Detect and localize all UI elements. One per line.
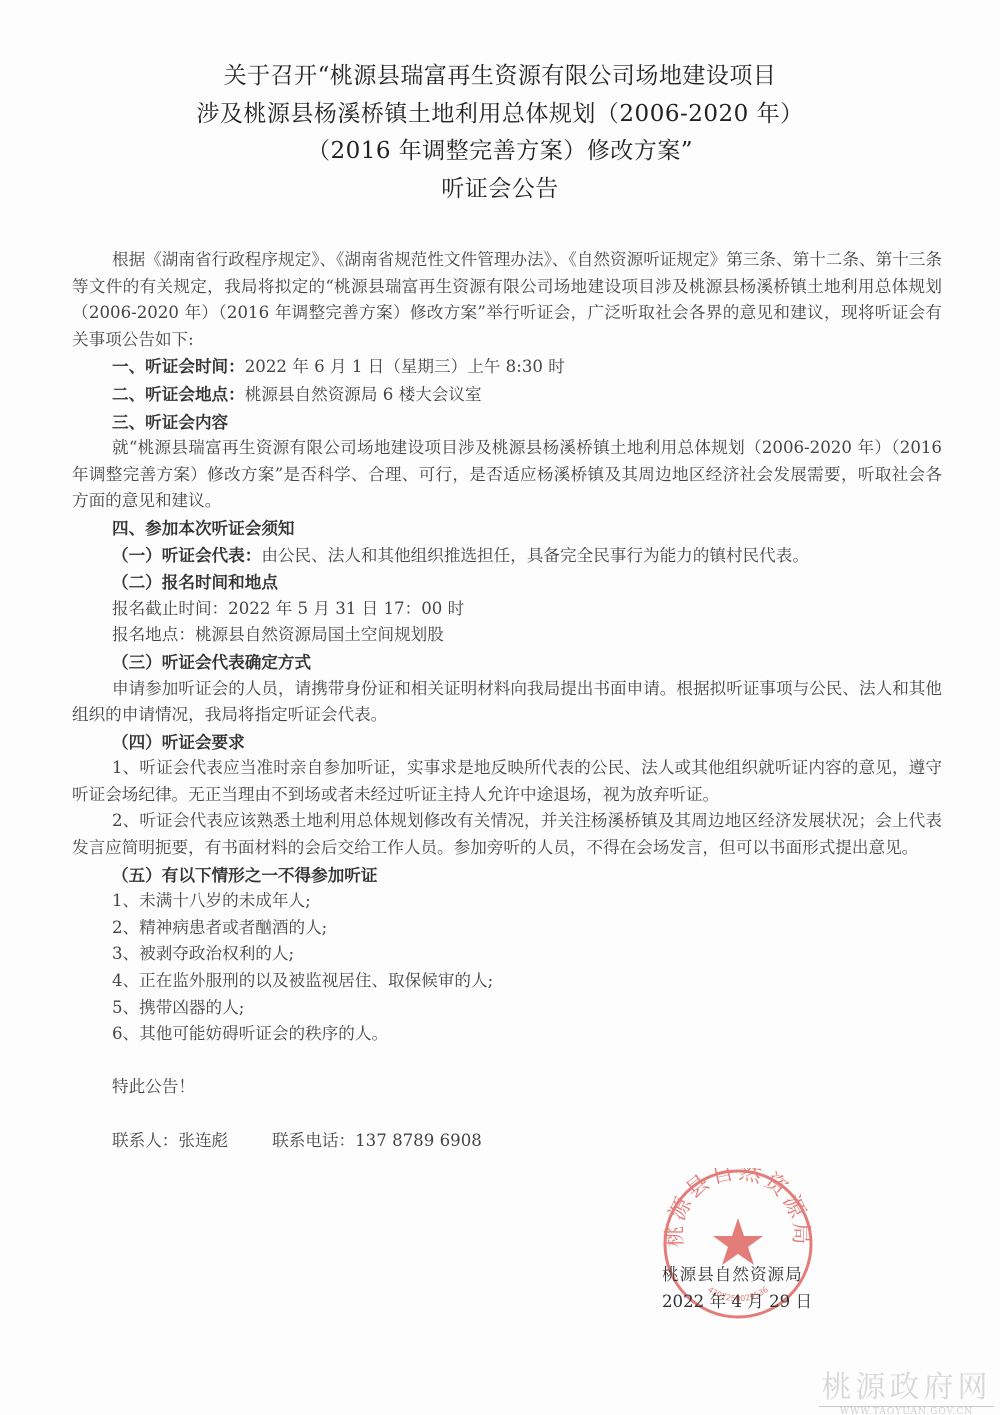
sub-representative: （一）听证会代表：由公民、法人和其他组织推选担任，具备完全民事行为能力的镇村民代… [72, 542, 942, 570]
section-notice-heading: 四、参加本次听证会须知 [72, 515, 942, 542]
contact-info: 联系人：张连彪 联系电话：137 8789 6908 [72, 1128, 942, 1155]
title-line-1: 关于召开“桃源县瑞富再生资源有限公司场地建设项目 [0, 58, 1000, 96]
intro-paragraph: 根据《湖南省行政程序规定》、《湖南省规范性文件管理办法》、《自然资源听证规定》第… [72, 247, 942, 353]
exclusion-item: 5、携带凶器的人; [72, 995, 942, 1022]
sub-registration-heading: （二）报名时间和地点 [72, 569, 942, 596]
document-page: 关于召开“桃源县瑞富再生资源有限公司场地建设项目 涉及桃源县杨溪桥镇土地利用总体… [0, 0, 1000, 1415]
section-time: 一、听证会时间：2022 年 6 月 1 日（星期三）上午 8:30 时 [72, 353, 942, 381]
exclusion-item: 6、其他可能妨碍听证会的秩序的人。 [72, 1021, 942, 1048]
requirement-item: 2、听证会代表应该熟悉土地利用总体规划修改有关情况，并关注杨溪桥镇及其周边地区经… [72, 808, 942, 861]
document-title: 关于召开“桃源县瑞富再生资源有限公司场地建设项目 涉及桃源县杨溪桥镇土地利用总体… [0, 58, 1000, 208]
section-location-value: 桃源县自然资源局 6 楼大会议室 [245, 385, 482, 404]
spacer [72, 1048, 942, 1075]
signature-org: 桃源县自然资源局 [662, 1262, 812, 1289]
spacer [72, 1101, 942, 1128]
requirement-item: 1、听证会代表应当准时亲自参加听证，实事求是地反映所代表的公民、法人或其他组织就… [72, 755, 942, 808]
registration-location: 报名地点：桃源县自然资源局国土空间规划股 [72, 622, 942, 649]
watermark-name: 桃源政府网 [819, 1362, 994, 1406]
signature-block: 桃源县自然资源局 2022 年 4 月 29 日 [662, 1262, 812, 1315]
title-line-4: 听证会公告 [0, 171, 1000, 209]
title-line-2: 涉及桃源县杨溪桥镇土地利用总体规划（2006-2020 年） [0, 96, 1000, 134]
document-body: 根据《湖南省行政程序规定》、《湖南省规范性文件管理办法》、《自然资源听证规定》第… [72, 247, 942, 1154]
sub-requirements-heading: （四）听证会要求 [72, 729, 942, 756]
closing-text: 特此公告！ [72, 1074, 942, 1101]
sub-selection-heading: （三）听证会代表确定方式 [72, 649, 942, 676]
exclusion-item: 4、正在监外服刑的以及被监视居住、取保候审的人; [72, 968, 942, 995]
sub-selection-text: 申请参加听证会的人员，请携带身份证和相关证明材料向我局提出书面申请。根据拟听证事… [72, 676, 942, 729]
watermark: 桃源政府网 WWW.TAOYUAN.GOV.CN [819, 1362, 994, 1415]
section-content-text: 就“桃源县瑞富再生资源有限公司场地建设项目涉及桃源县杨溪桥镇土地利用总体规划（2… [72, 435, 942, 515]
exclusion-item: 1、未满十八岁的未成年人; [72, 888, 942, 915]
section-location-heading: 二、听证会地点： [112, 384, 245, 404]
registration-deadline: 报名截止时间：2022 年 5 月 31 日 17：00 时 [72, 596, 942, 623]
section-content-heading: 三、听证会内容 [72, 409, 942, 436]
sub-representative-text: 由公民、法人和其他组织推选担任，具备完全民事行为能力的镇村民代表。 [261, 546, 809, 565]
contact-phone: 联系电话：137 8789 6908 [272, 1128, 482, 1155]
exclusion-item: 3、被剥夺政治权利的人; [72, 941, 942, 968]
sub-exclusions-heading: （五）有以下情形之一不得参加听证 [72, 862, 942, 889]
exclusion-item: 2、精神病患者或者酗酒的人; [72, 915, 942, 942]
contact-person: 联系人：张连彪 [112, 1128, 228, 1155]
signature-date: 2022 年 4 月 29 日 [662, 1289, 812, 1316]
watermark-url: WWW.TAOYUAN.GOV.CN [819, 1407, 994, 1415]
section-location: 二、听证会地点：桃源县自然资源局 6 楼大会议室 [72, 381, 942, 409]
section-time-value: 2022 年 6 月 1 日（星期三）上午 8:30 时 [245, 357, 565, 376]
sub-representative-heading: （一）听证会代表： [112, 545, 261, 565]
title-line-3: （2016 年调整完善方案）修改方案” [0, 133, 1000, 171]
section-time-heading: 一、听证会时间： [112, 356, 245, 376]
